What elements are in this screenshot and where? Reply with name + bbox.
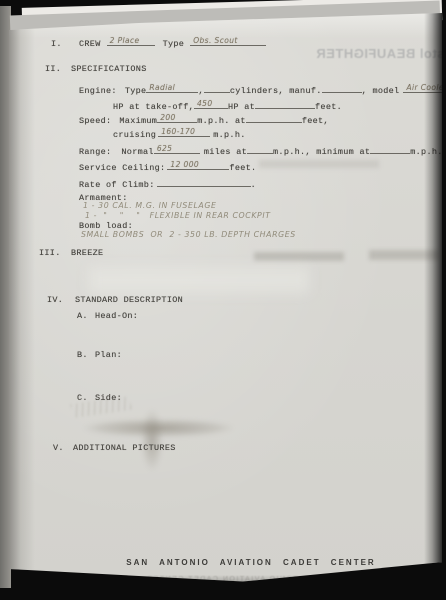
engine-hp-line: HP at take-off,450HP atfeet. (113, 99, 342, 112)
engine-model-label: , model (362, 86, 400, 96)
speed-altitude-blank (246, 113, 302, 123)
breeze-title: BREEZE (71, 248, 103, 258)
cruise-label: cruising (113, 130, 156, 140)
crew-numeral: I. (51, 39, 79, 49)
ceiling-value: 12 000 (170, 160, 199, 169)
speed-at-label: m.p.h. at (197, 116, 246, 126)
standard-item-side: C.Side: (77, 393, 122, 403)
breeze-numeral: III. (39, 248, 71, 258)
range-blank: 625 (154, 144, 200, 154)
crew-type-label: Type (163, 39, 185, 49)
page-right-shadow (424, 12, 442, 585)
bleed-through-smudge (259, 160, 379, 168)
hp-takeoff-blank: 450 (194, 99, 228, 109)
engine-type-value: Radial (149, 83, 175, 92)
range-miles-label: miles at (204, 147, 247, 157)
engine-cylinders-label: cylinders, manuf. (230, 86, 322, 96)
range-min-label: m.p.h., minimum at (273, 147, 370, 157)
bomb-load-value: SMALL BOMBS OR 2 - 350 LB. DEPTH CHARGES (81, 230, 296, 239)
range-at-blank (247, 144, 273, 154)
item-label: Side: (95, 393, 122, 403)
paper-light-patch (89, 267, 309, 293)
section-specifications-header: II.SPECIFICATIONS (45, 64, 147, 74)
engine-line: Engine:TypeRadial,cylinders, manuf., mod… (79, 83, 442, 96)
speed-line: Speed:Maximum200m.p.h. atfeet, (79, 113, 329, 126)
speed-label: Speed: (79, 116, 111, 126)
cruise-value: 160-170 (161, 127, 195, 136)
range-label: Range: (79, 147, 111, 157)
section-additional-pictures: V.ADDITIONAL PICTURES (53, 443, 176, 453)
item-label: Head-On: (95, 311, 138, 321)
standard-numeral: IV. (47, 295, 75, 305)
ceiling-line: Service Ceiling:12 000feet. (79, 160, 256, 173)
speed-max-value: 200 (160, 113, 176, 122)
hp-mid-label: HP at (228, 102, 255, 112)
hp-prefix: HP at take-off, (113, 102, 194, 112)
speed-max-label: Maximum (119, 116, 157, 126)
ceiling-label: Service Ceiling: (79, 163, 165, 173)
additional-title: ADDITIONAL PICTURES (73, 443, 176, 453)
cruise-blank: 160-170 (158, 127, 210, 137)
footer-title: SAN ANTONIO AVIATION CADET CENTER (59, 558, 442, 567)
cruising-line: cruising160-170m.p.h. (113, 127, 246, 140)
item-letter: C. (77, 393, 95, 403)
hp-altitude-blank (255, 99, 315, 109)
engine-manuf-blank (322, 83, 362, 93)
climb-blank (157, 177, 251, 187)
section-standard-description: IV.STANDARD DESCRIPTION (47, 295, 183, 305)
engine-type-blank: Radial (146, 83, 198, 93)
climb-line: Rate of Climb:. (79, 177, 256, 190)
standard-item-plan: B.Plan: (77, 350, 122, 360)
engine-type-label: Type (125, 86, 147, 96)
page-gutter-shadow (9, 12, 35, 585)
crew-label: CREW (79, 39, 101, 49)
climb-suffix: . (251, 180, 256, 190)
additional-numeral: V. (53, 443, 73, 453)
climb-label: Rate of Climb: (79, 180, 155, 190)
armament-entry-2: 1 - " " " FLEXIBLE IN REAR COCKPIT (85, 211, 271, 220)
bleed-through-smudge (254, 252, 344, 261)
crew-type-blank: Obs. Scout (190, 36, 266, 46)
item-label: Plan: (95, 350, 122, 360)
engine-label: Engine: (79, 86, 117, 96)
crew-type-value: Obs. Scout (193, 36, 238, 45)
crew-value-blank: 2 Place (107, 36, 155, 46)
armament-entry-1: 1 - 30 CAL. M.G. IN FUSELAGE (83, 201, 217, 210)
specifications-title: SPECIFICATIONS (71, 64, 147, 74)
hp-takeoff-value: 450 (197, 99, 213, 108)
speed-max-blank: 200 (157, 113, 197, 123)
specifications-numeral: II. (45, 64, 71, 74)
item-letter: B. (77, 350, 95, 360)
ghost-aircraft-fuselage (137, 398, 167, 482)
ceiling-blank: 12 000 (167, 160, 229, 170)
range-line: Range:Normal625miles atm.p.h., minimum a… (79, 144, 442, 157)
section-breeze: III.BREEZE (39, 248, 103, 258)
standard-title: STANDARD DESCRIPTION (75, 295, 183, 305)
document-page: Bristol BEAUFIGHTER SAN ANTONIO AVIATION… (9, 12, 442, 585)
hp-suffix: feet. (315, 102, 342, 112)
standard-item-head-on: A.Head-On: (77, 311, 138, 321)
section-crew: I.CREW2 PlaceTypeObs. Scout (51, 36, 266, 49)
speed-feet-label: feet, (302, 116, 329, 126)
range-normal-label: Normal (121, 147, 153, 157)
ceiling-suffix: feet. (229, 163, 256, 173)
range-value: 625 (157, 144, 173, 153)
item-letter: A. (77, 311, 95, 321)
crew-value: 2 Place (110, 36, 140, 45)
page-bottom-shade (9, 575, 442, 585)
photo-background: Bristol BEAUFIGHTER SAN ANTONIO AVIATION… (0, 0, 446, 600)
range-min-blank (370, 144, 410, 154)
bleed-through-title: Bristol BEAUFIGHTER (289, 46, 442, 61)
cruise-suffix: m.p.h. (213, 130, 245, 140)
engine-cylinders-blank (204, 83, 230, 93)
